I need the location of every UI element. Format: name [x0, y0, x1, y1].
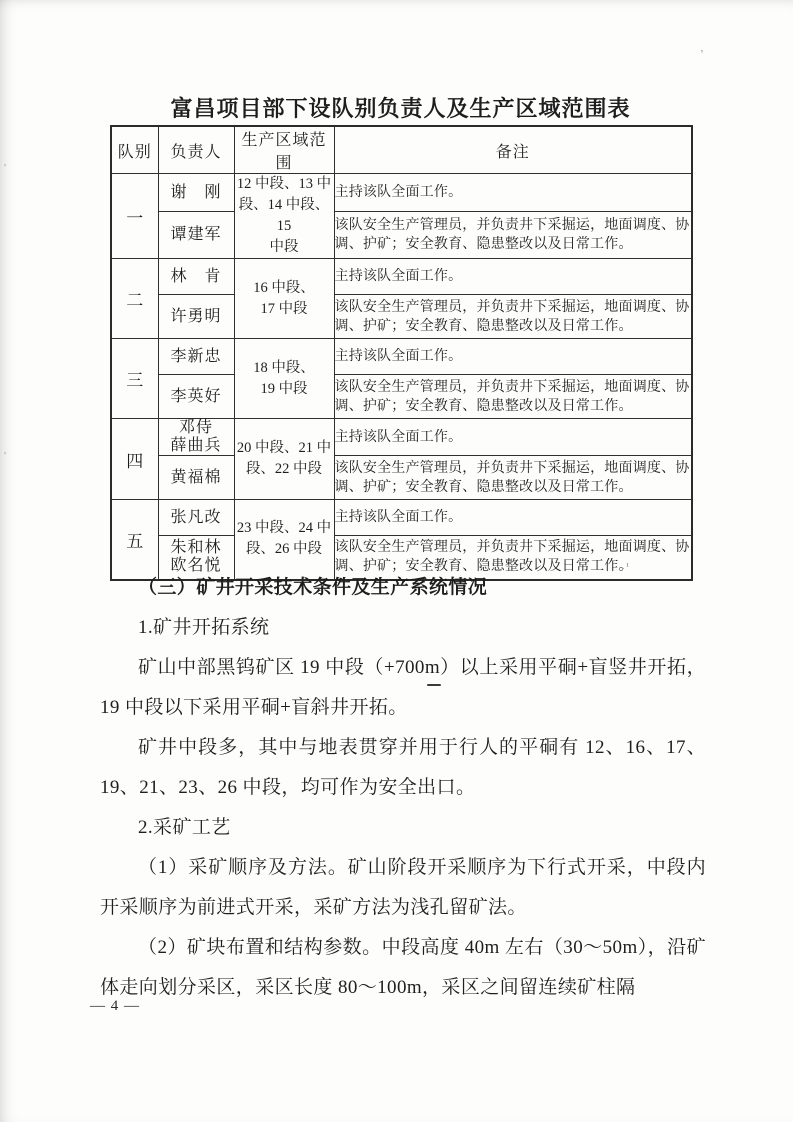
- scan-artifact: ': [4, 162, 6, 174]
- table-row: 黄福棉 该队安全生产管理员，并负责井下采掘运，地面调度、协调、护矿；安全教育、隐…: [111, 456, 692, 500]
- team-number: 三: [111, 339, 158, 419]
- production-area: 12 中段、13 中 段、14 中段、15 中段: [234, 174, 334, 259]
- remark-text: 主持该队全面工作。: [334, 339, 692, 375]
- table-row: 谭建军 该队安全生产管理员，并负责井下采掘运，地面调度、协调、护矿；安全教育、隐…: [111, 212, 692, 259]
- table-title: 富昌项目部下设队别负责人及生产区域范围表: [110, 92, 691, 123]
- table-row: 许勇明 该队安全生产管理员，并负责井下采掘运，地面调度、协调、护矿；安全教育、隐…: [111, 295, 692, 339]
- document-body: （三）矿井开采技术条件及生产系统情况 1.矿井开拓系统 矿山中部黑钨矿区 19 …: [100, 568, 706, 1008]
- document-page: 富昌项目部下设队别负责人及生产区域范围表 队别 负责人 生产区域范围 备注 一 …: [0, 0, 793, 1122]
- scan-smudge: .¹: [622, 561, 631, 571]
- table-row: 五 张凡改 23 中段、24 中 段、26 中段 主持该队全面工作。: [111, 500, 692, 536]
- leader-name: 张凡改: [158, 500, 234, 536]
- page-number: — 4 —: [90, 998, 140, 1015]
- team-number: 二: [111, 259, 158, 339]
- paragraph: （2）矿块布置和结构参数。中段高度 40m 左右（30～50m），沿矿体走向划分…: [100, 928, 706, 1008]
- table-header-row: 队别 负责人 生产区域范围 备注: [111, 126, 692, 174]
- remark-text: 该队安全生产管理员，并负责井下采掘运，地面调度、协调、护矿；安全教育、隐患整改以…: [334, 375, 692, 419]
- remark-text: 该队安全生产管理员，并负责井下采掘运，地面调度、协调、护矿；安全教育、隐患整改以…: [334, 456, 692, 500]
- production-area: 18 中段、 19 中段: [234, 339, 334, 419]
- table-row: 一 谢 刚 12 中段、13 中 段、14 中段、15 中段 主持该队全面工作。: [111, 174, 692, 212]
- paragraph: （1）采矿顺序及方法。矿山阶段开采顺序为下行式开采，中段内开采顺序为前进式开采，…: [100, 848, 706, 928]
- leader-name: 邓侍 薛曲兵: [158, 419, 234, 456]
- table-row: 四 邓侍 薛曲兵 20 中段、21 中 段、22 中段 主持该队全面工作。: [111, 419, 692, 456]
- leader-name: 黄福棉: [158, 456, 234, 500]
- remark-text: 该队安全生产管理员，并负责井下采掘运，地面调度、协调、护矿；安全教育、隐患整改以…: [334, 295, 692, 339]
- subsection-heading: 2.采矿工艺: [100, 808, 706, 848]
- teams-table: 队别 负责人 生产区域范围 备注 一 谢 刚 12 中段、13 中 段、14 中…: [110, 125, 693, 581]
- leader-name: 林 肯: [158, 259, 234, 295]
- team-number: 四: [111, 419, 158, 500]
- remark-text: 主持该队全面工作。: [334, 419, 692, 456]
- section-heading: （三）矿井开采技术条件及生产系统情况: [100, 568, 706, 608]
- remark-text: 主持该队全面工作。: [334, 500, 692, 536]
- scan-artifact: ’: [700, 48, 704, 60]
- leader-name: 许勇明: [158, 295, 234, 339]
- team-number: 一: [111, 174, 158, 259]
- scan-artifact: ': [4, 450, 6, 462]
- remark-text: 该队安全生产管理员，并负责井下采掘运，地面调度、协调、护矿；安全教育、隐患整改以…: [334, 212, 692, 259]
- table-row: 二 林 肯 16 中段、 17 中段 主持该队全面工作。: [111, 259, 692, 295]
- paragraph: 矿山中部黑钨矿区 19 中段（+700m）以上采用平硐+盲竖井开拓，19 中段以…: [100, 648, 706, 728]
- remark-text: 主持该队全面工作。: [334, 259, 692, 295]
- scan-underline-mark: [427, 684, 441, 686]
- production-area: 16 中段、 17 中段: [234, 259, 334, 339]
- header-team: 队别: [111, 126, 158, 174]
- paragraph: 矿井中段多，其中与地表贯穿并用于行人的平硐有 12、16、17、19、21、23…: [100, 728, 706, 808]
- subsection-heading: 1.矿井开拓系统: [100, 608, 706, 648]
- leader-name: 李英好: [158, 375, 234, 419]
- header-remark: 备注: [334, 126, 692, 174]
- table-row: 李英好 该队安全生产管理员，并负责井下采掘运，地面调度、协调、护矿；安全教育、隐…: [111, 375, 692, 419]
- leader-name: 李新忠: [158, 339, 234, 375]
- header-area: 生产区域范围: [234, 126, 334, 174]
- production-area: 20 中段、21 中 段、22 中段: [234, 419, 334, 500]
- table-row: 三 李新忠 18 中段、 19 中段 主持该队全面工作。: [111, 339, 692, 375]
- leader-name: 谭建军: [158, 212, 234, 259]
- header-leader: 负责人: [158, 126, 234, 174]
- remark-text: 主持该队全面工作。: [334, 174, 692, 212]
- leader-name: 谢 刚: [158, 174, 234, 212]
